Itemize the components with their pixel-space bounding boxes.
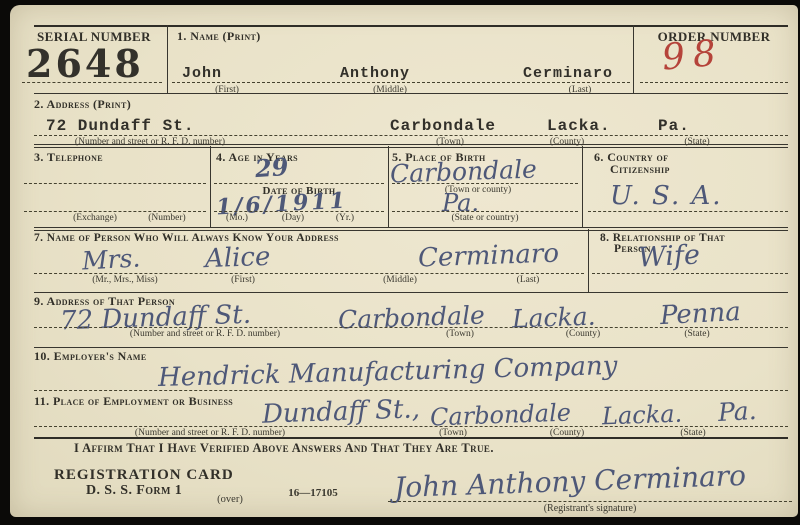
contact-address-entry-line bbox=[34, 327, 788, 328]
contact-address-state-sublabel: (State) bbox=[667, 329, 727, 339]
telephone-exchange-sublabel: (Exchange) bbox=[60, 213, 130, 223]
address-county-sublabel: (County) bbox=[537, 137, 597, 147]
telephone-number-sublabel: (Number) bbox=[132, 213, 202, 223]
employment-street-sublabel: (Number and street or R. F. D. number) bbox=[95, 428, 325, 438]
contact-name-label: 7. Name of Person Who Will Always Know Y… bbox=[34, 232, 339, 244]
employment-state-value: Pa. bbox=[717, 396, 757, 427]
contact-title-value: Mrs. bbox=[81, 243, 141, 275]
scanned-document: SERIAL NUMBER 2648 1. Name (Print) John … bbox=[0, 0, 800, 525]
employment-county-sublabel: (County) bbox=[537, 428, 597, 438]
address-entry-line bbox=[34, 135, 788, 136]
divider bbox=[34, 347, 788, 348]
contact-title-sublabel: (Mr., Mrs., Miss) bbox=[75, 275, 175, 285]
address-street-value: 72 Dundaff St. bbox=[46, 117, 194, 135]
employment-town-sublabel: (Town) bbox=[423, 428, 483, 438]
signature-entry-line bbox=[388, 501, 792, 502]
signature-sublabel: (Registrant's signature) bbox=[440, 503, 740, 514]
divider bbox=[34, 227, 788, 231]
order-entry-line bbox=[640, 82, 788, 83]
form-number: D. S. S. Form 1 bbox=[86, 483, 182, 499]
contact-address-county-sublabel: (County) bbox=[553, 329, 613, 339]
relationship-value: Wife bbox=[637, 239, 700, 273]
contact-address-state-value: Penna bbox=[659, 297, 741, 331]
name-middle-sublabel: (Middle) bbox=[360, 85, 420, 95]
telephone-entry-line bbox=[24, 211, 206, 212]
relationship-entry-line bbox=[592, 273, 788, 274]
over-note: (over) bbox=[200, 494, 260, 505]
address-label: 2. Address (Print) bbox=[34, 97, 131, 112]
serial-number-value: 2648 bbox=[26, 41, 144, 86]
contact-last-sublabel: (Last) bbox=[498, 275, 558, 285]
divider bbox=[582, 146, 583, 227]
contact-first-sublabel: (First) bbox=[213, 275, 273, 285]
serial-entry-line bbox=[22, 82, 162, 83]
divider bbox=[167, 25, 168, 93]
address-state-sublabel: (State) bbox=[667, 137, 727, 147]
birthplace-entry-line bbox=[392, 183, 578, 184]
divider bbox=[388, 146, 389, 227]
name-first-value: John bbox=[182, 65, 222, 82]
employment-label: 11. Place of Employment or Business bbox=[34, 394, 233, 409]
order-number-value: 98 bbox=[660, 32, 725, 78]
birthplace-state-sublabel: (State or country) bbox=[425, 213, 545, 223]
card-title: REGISTRATION CARD bbox=[54, 467, 234, 484]
name-last-value: Cerminaro bbox=[523, 65, 613, 82]
address-county-value: Lacka. bbox=[547, 117, 611, 135]
contact-entry-line bbox=[34, 273, 584, 274]
contact-address-street-sublabel: (Number and street or R. F. D. number) bbox=[95, 329, 315, 339]
address-town-value: Carbondale bbox=[390, 117, 496, 135]
divider bbox=[34, 292, 788, 293]
telephone-entry-line bbox=[24, 183, 206, 184]
contact-first-value: Alice bbox=[204, 242, 270, 274]
name-last-sublabel: (Last) bbox=[550, 85, 610, 95]
address-street-sublabel: (Number and street or R. F. D. number) bbox=[50, 137, 250, 147]
age-value: 29 bbox=[254, 152, 289, 183]
age-entry-line bbox=[214, 183, 384, 184]
dob-year-sublabel: (Yr.) bbox=[320, 213, 370, 223]
name-middle-value: Anthony bbox=[340, 65, 410, 82]
employment-entry-line bbox=[34, 426, 788, 427]
birthplace-state-entry-line bbox=[392, 211, 578, 212]
employer-label: 10. Employer's Name bbox=[34, 349, 147, 364]
divider bbox=[210, 146, 211, 227]
print-code: 16—17105 bbox=[268, 487, 358, 499]
dob-entry-line bbox=[214, 211, 384, 212]
dob-month-sublabel: (Mo.) bbox=[212, 213, 262, 223]
employer-entry-line bbox=[34, 390, 788, 391]
citizenship-entry-line bbox=[588, 211, 788, 212]
telephone-label: 3. Telephone bbox=[34, 150, 103, 165]
employment-street-value: Dundaff St., bbox=[262, 394, 421, 429]
citizenship-value: U. S. A. bbox=[610, 181, 723, 211]
address-state-value: Pa. bbox=[658, 117, 690, 135]
registrant-signature-value: John Anthony Cerminaro bbox=[394, 459, 747, 504]
address-town-sublabel: (Town) bbox=[420, 137, 480, 147]
name-first-sublabel: (First) bbox=[197, 85, 257, 95]
contact-address-town-sublabel: (Town) bbox=[430, 329, 490, 339]
employer-value: Hendrick Manufacturing Company bbox=[158, 351, 618, 393]
name-label: 1. Name (Print) bbox=[177, 29, 261, 44]
employment-state-sublabel: (State) bbox=[663, 428, 723, 438]
contact-middle-sublabel: (Middle) bbox=[370, 275, 430, 285]
citizenship-label-line2: Citizenship bbox=[610, 162, 670, 177]
dob-day-sublabel: (Day) bbox=[268, 213, 318, 223]
divider bbox=[588, 229, 589, 292]
contact-last-value: Cerminaro bbox=[418, 239, 560, 274]
divider bbox=[34, 25, 788, 27]
registration-card: SERIAL NUMBER 2648 1. Name (Print) John … bbox=[10, 5, 798, 517]
name-entry-line bbox=[172, 82, 630, 83]
affirmation-text: I Affirm That I Have Verified Above Answ… bbox=[74, 441, 494, 456]
divider bbox=[633, 25, 634, 93]
